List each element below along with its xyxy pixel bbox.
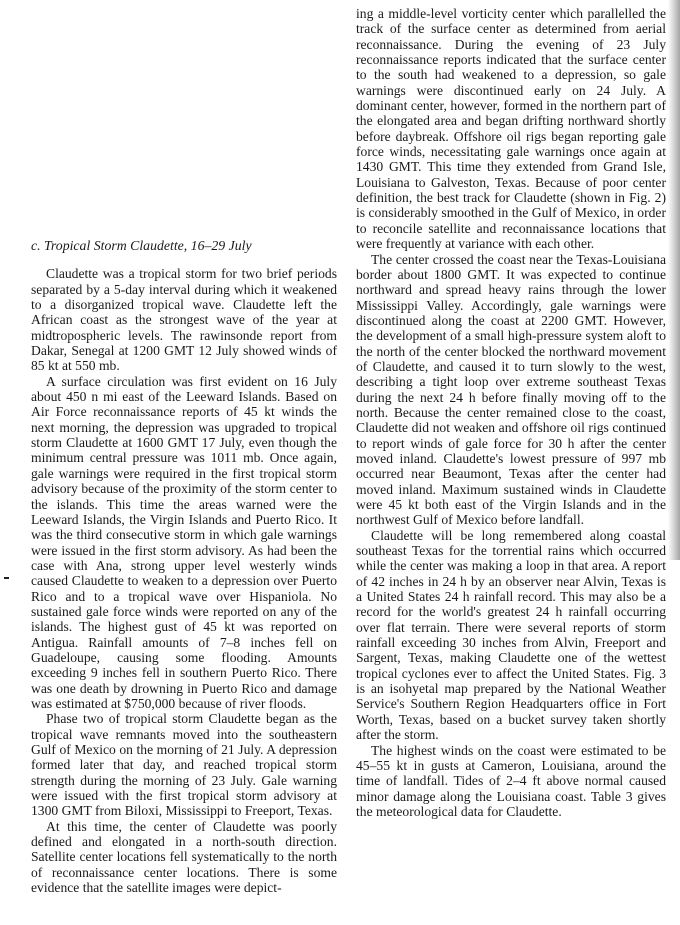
right-column: ing a middle-level vorticity center whic… bbox=[356, 6, 666, 819]
paragraph-center-definition: At this time, the center of Claudette wa… bbox=[31, 819, 337, 896]
paragraph-surface-circulation: A surface circulation was first evident … bbox=[31, 374, 337, 712]
left-column: c. Tropical Storm Claudette, 16–29 July … bbox=[31, 238, 337, 895]
paragraph-phase-two: Phase two of tropical storm Claudette be… bbox=[31, 711, 337, 818]
paragraph-landfall: The center crossed the coast near the Te… bbox=[356, 252, 666, 528]
scan-shadow-edge bbox=[668, 0, 680, 560]
section-heading: c. Tropical Storm Claudette, 16–29 July bbox=[31, 238, 337, 253]
margin-mark bbox=[4, 577, 9, 579]
paragraph-rainfall: Claudette will be long remembered along … bbox=[356, 528, 666, 743]
journal-page: c. Tropical Storm Claudette, 16–29 July … bbox=[0, 0, 680, 925]
paragraph-winds-tides: The highest winds on the coast were esti… bbox=[356, 743, 666, 820]
paragraph-continuation: ing a middle-level vorticity center whic… bbox=[356, 6, 666, 252]
paragraph-intro: Claudette was a tropical storm for two b… bbox=[31, 266, 337, 373]
